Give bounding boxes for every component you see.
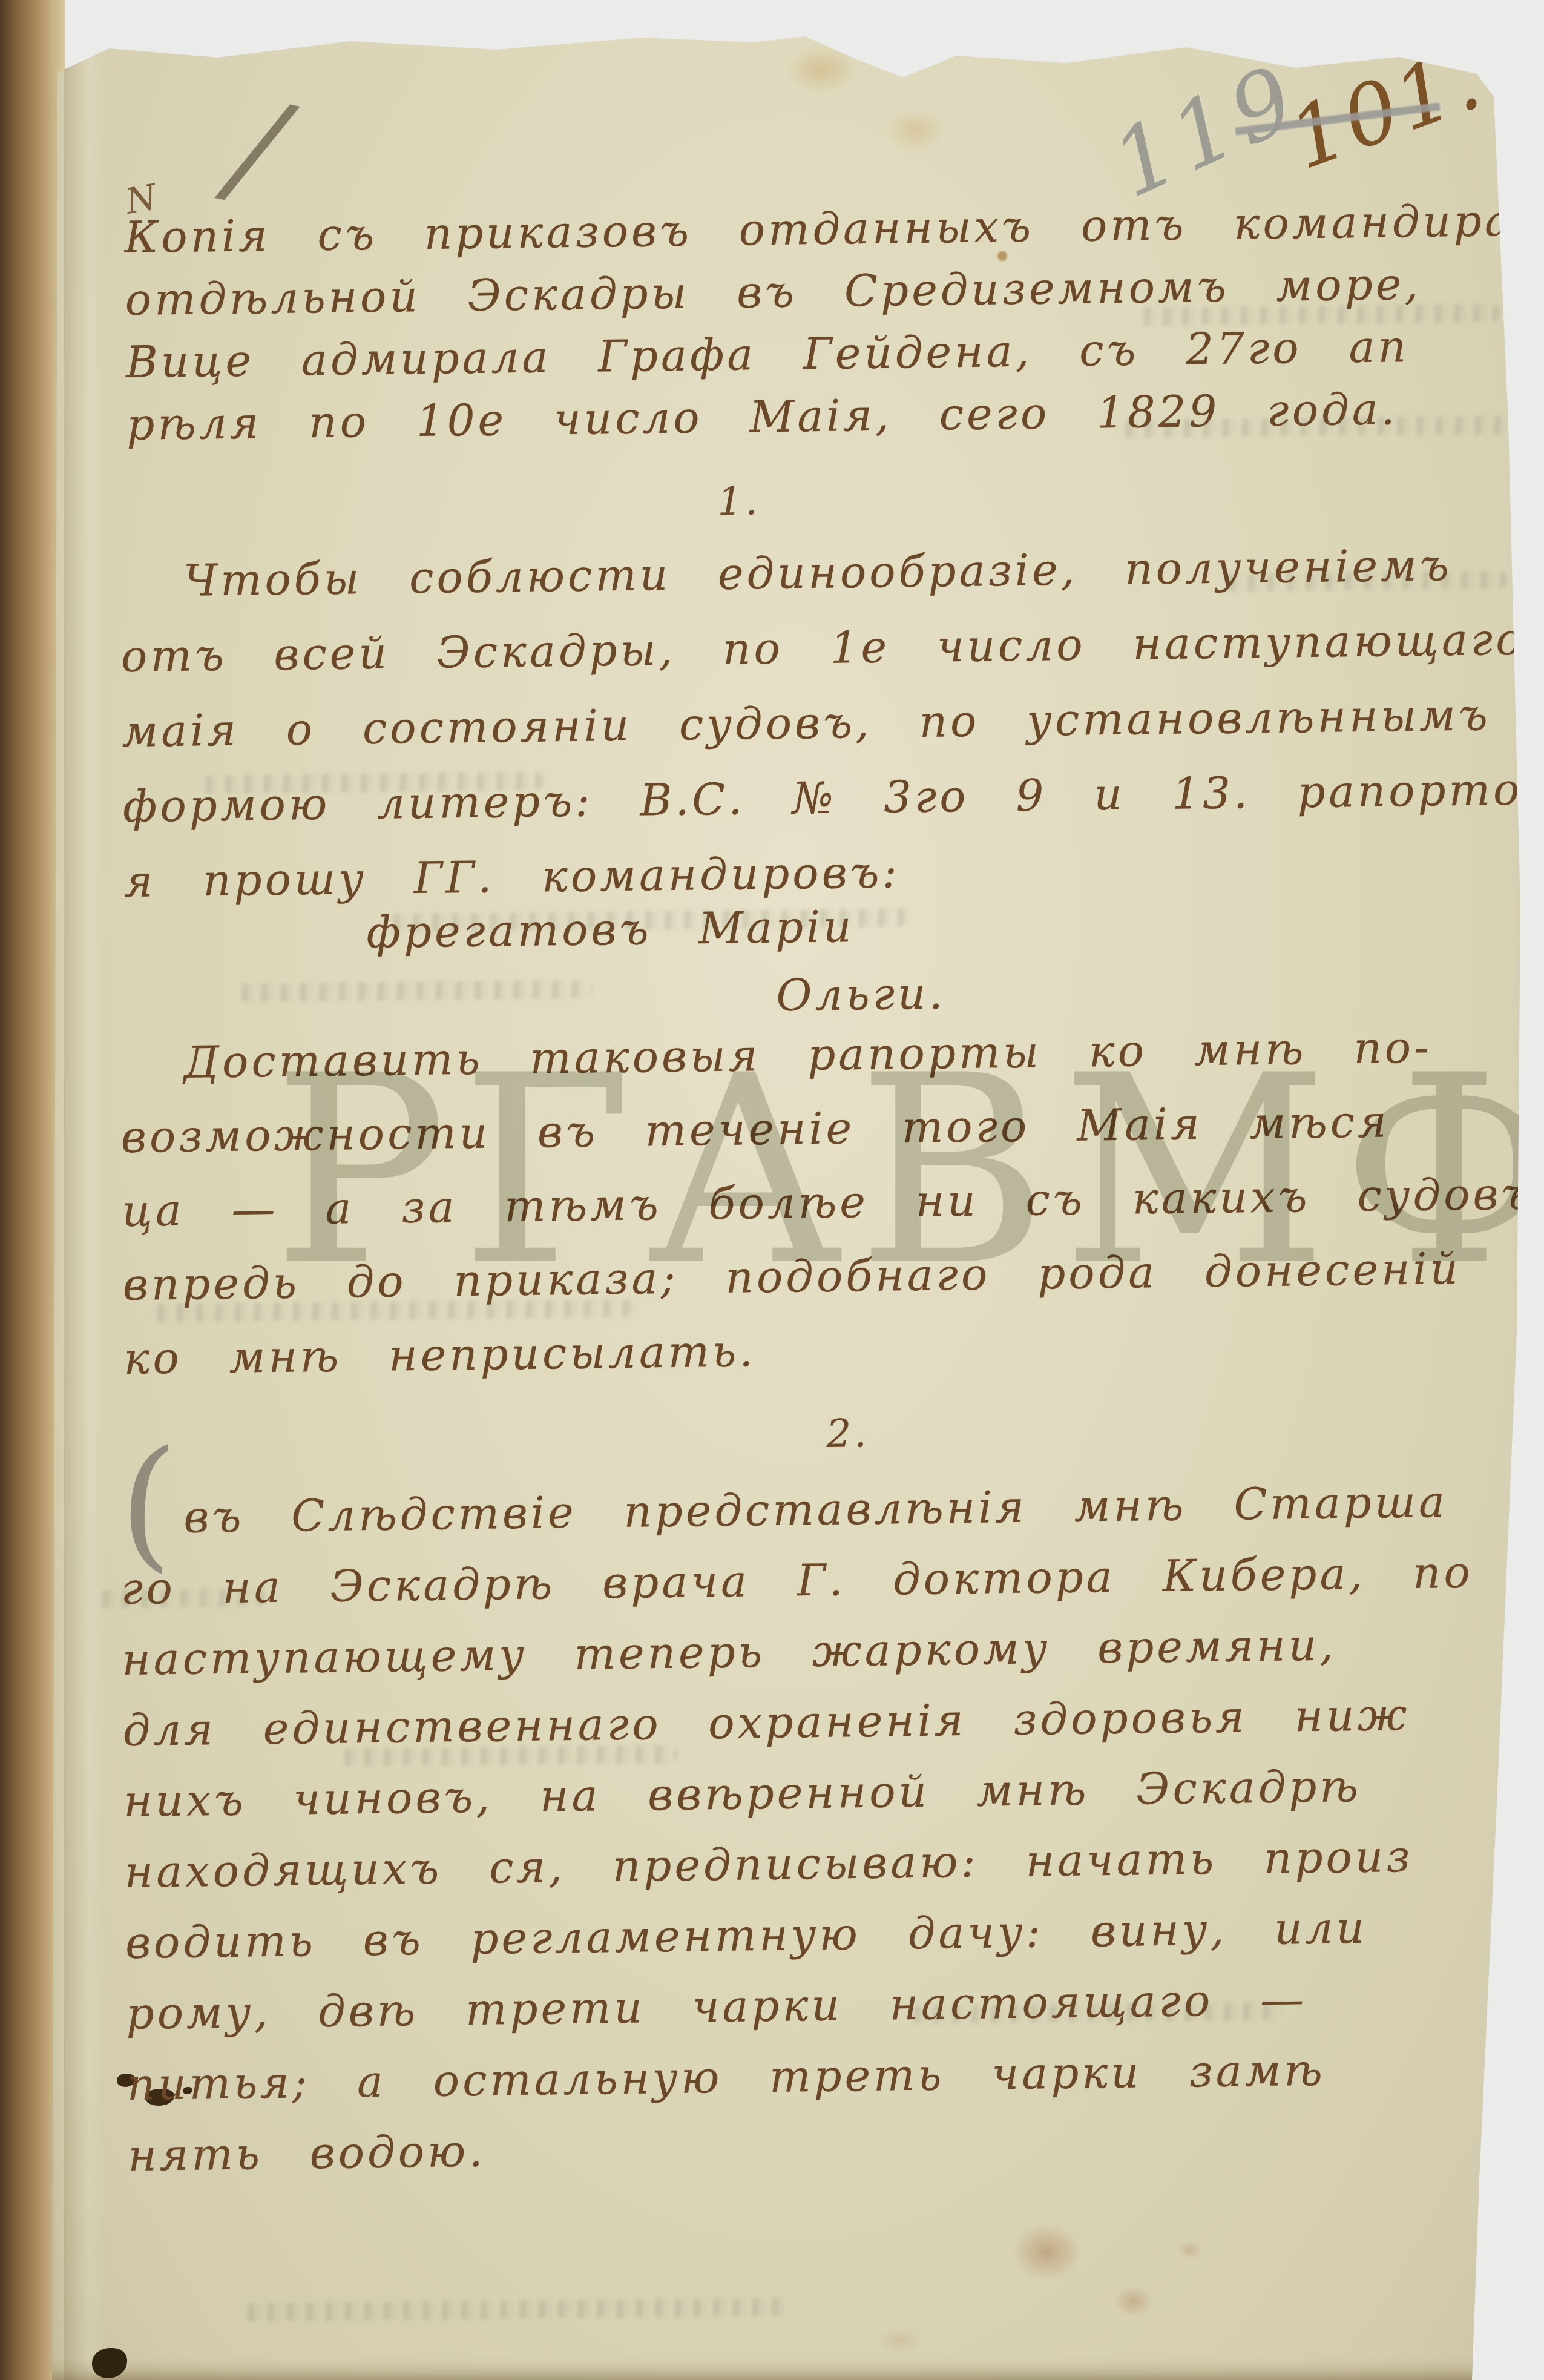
ship-name-line: фрегатовъ Маріи [366,901,855,958]
archive-watermark: РГАВМФ [272,1041,1544,1302]
ship-name-line: Ольги. [776,968,946,1021]
section-2-number: 2. [826,1411,870,1457]
stain [1012,2223,1082,2281]
stain [786,45,858,94]
stain [878,2328,923,2353]
stain [885,109,945,151]
bleedthrough-text [236,980,593,1002]
section-1-number: 1. [717,479,761,524]
ink-speck [92,2348,127,2378]
section-2-paragraph: въ Слѣдствіе представлѣнія мнѣ Старша го… [120,1476,1480,2201]
section-1-paragraph-1: Чтобы соблюсти единообразіе, полученіемъ… [120,538,1544,931]
manuscript-paper: / N 119 101. ( Копія съ приказовъ отданн… [36,0,1544,2380]
stain [1177,2240,1203,2260]
bleedthrough-text [242,2298,787,2321]
corner-slash-mark: / [221,70,295,228]
stain [1114,2286,1153,2317]
scanned-manuscript-page: { "scan": { "watermark": "РГАВМФ", "foli… [0,0,1544,2380]
document-title: Копія съ приказовъ отданныхъ отъ команди… [124,195,1516,461]
folio-number-pencil: 119 [1097,44,1315,219]
